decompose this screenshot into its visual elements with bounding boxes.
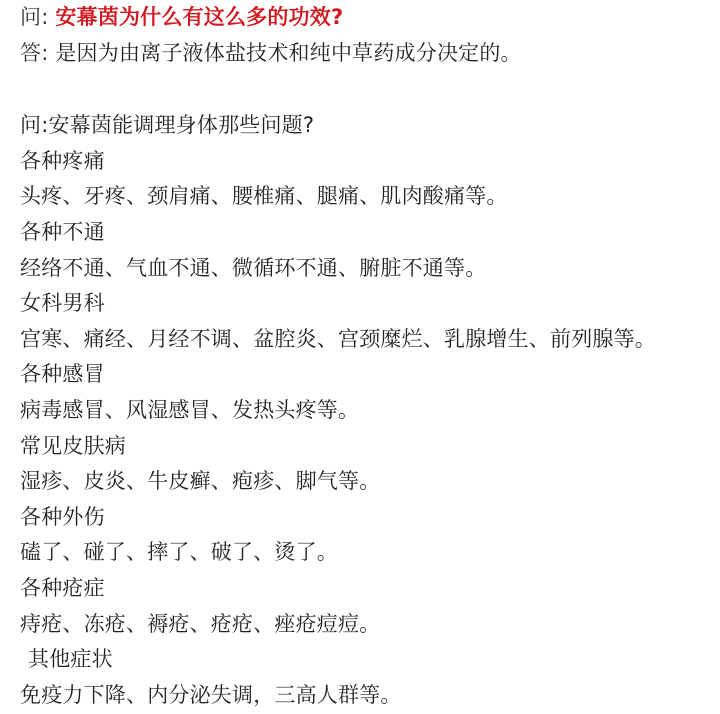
category-heading: 常见皮肤病: [20, 429, 720, 465]
question-1-title: 安幕茵为什么有这么多的功效?: [55, 5, 343, 29]
category-heading: 各种疼痛: [20, 144, 720, 180]
category-items: 磕了、碰了、摔了、破了、烫了。: [20, 535, 720, 571]
category-heading: 各种外伤: [20, 500, 720, 536]
category-heading: 各种疮症: [20, 571, 720, 607]
question-prefix: 问:: [20, 5, 55, 29]
category-items: 湿疹、皮炎、牛皮癣、疱疹、脚气等。: [20, 464, 720, 500]
category-heading: 各种不通: [20, 215, 720, 251]
category-items: 痔疮、冻疮、褥疮、疮疮、痤疮痘痘。: [20, 607, 720, 643]
category-items: 经络不通、气血不通、微循环不通、腑脏不通等。: [20, 251, 720, 287]
category-heading: 各种感冒: [20, 357, 720, 393]
category-items: 病毒感冒、风湿感冒、发热头疼等。: [20, 393, 720, 429]
question-1: 问: 安幕茵为什么有这么多的功效?: [20, 0, 720, 36]
answer-1-text: 是因为由离子液体盐技术和纯中草药成分决定的。: [55, 41, 521, 65]
spacer: [20, 71, 720, 108]
question-2: 问:安幕茵能调理身体那些问题?: [20, 108, 720, 144]
answer-1: 答: 是因为由离子液体盐技术和纯中草药成分决定的。: [20, 36, 720, 72]
category-heading: 女科男科: [20, 286, 720, 322]
category-items: 免疫力下降、内分泌失调，三高人群等。: [20, 678, 720, 714]
answer-prefix: 答:: [20, 41, 55, 65]
category-items: 宫寒、痛经、月经不调、盆腔炎、宫颈糜烂、乳腺增生、前列腺等。: [20, 322, 720, 358]
document: 问: 安幕茵为什么有这么多的功效? 答: 是因为由离子液体盐技术和纯中草药成分决…: [0, 0, 720, 713]
category-heading: 其他症状: [20, 642, 720, 678]
category-items: 头疼、牙疼、颈肩痛、腰椎痛、腿痛、肌肉酸痛等。: [20, 179, 720, 215]
